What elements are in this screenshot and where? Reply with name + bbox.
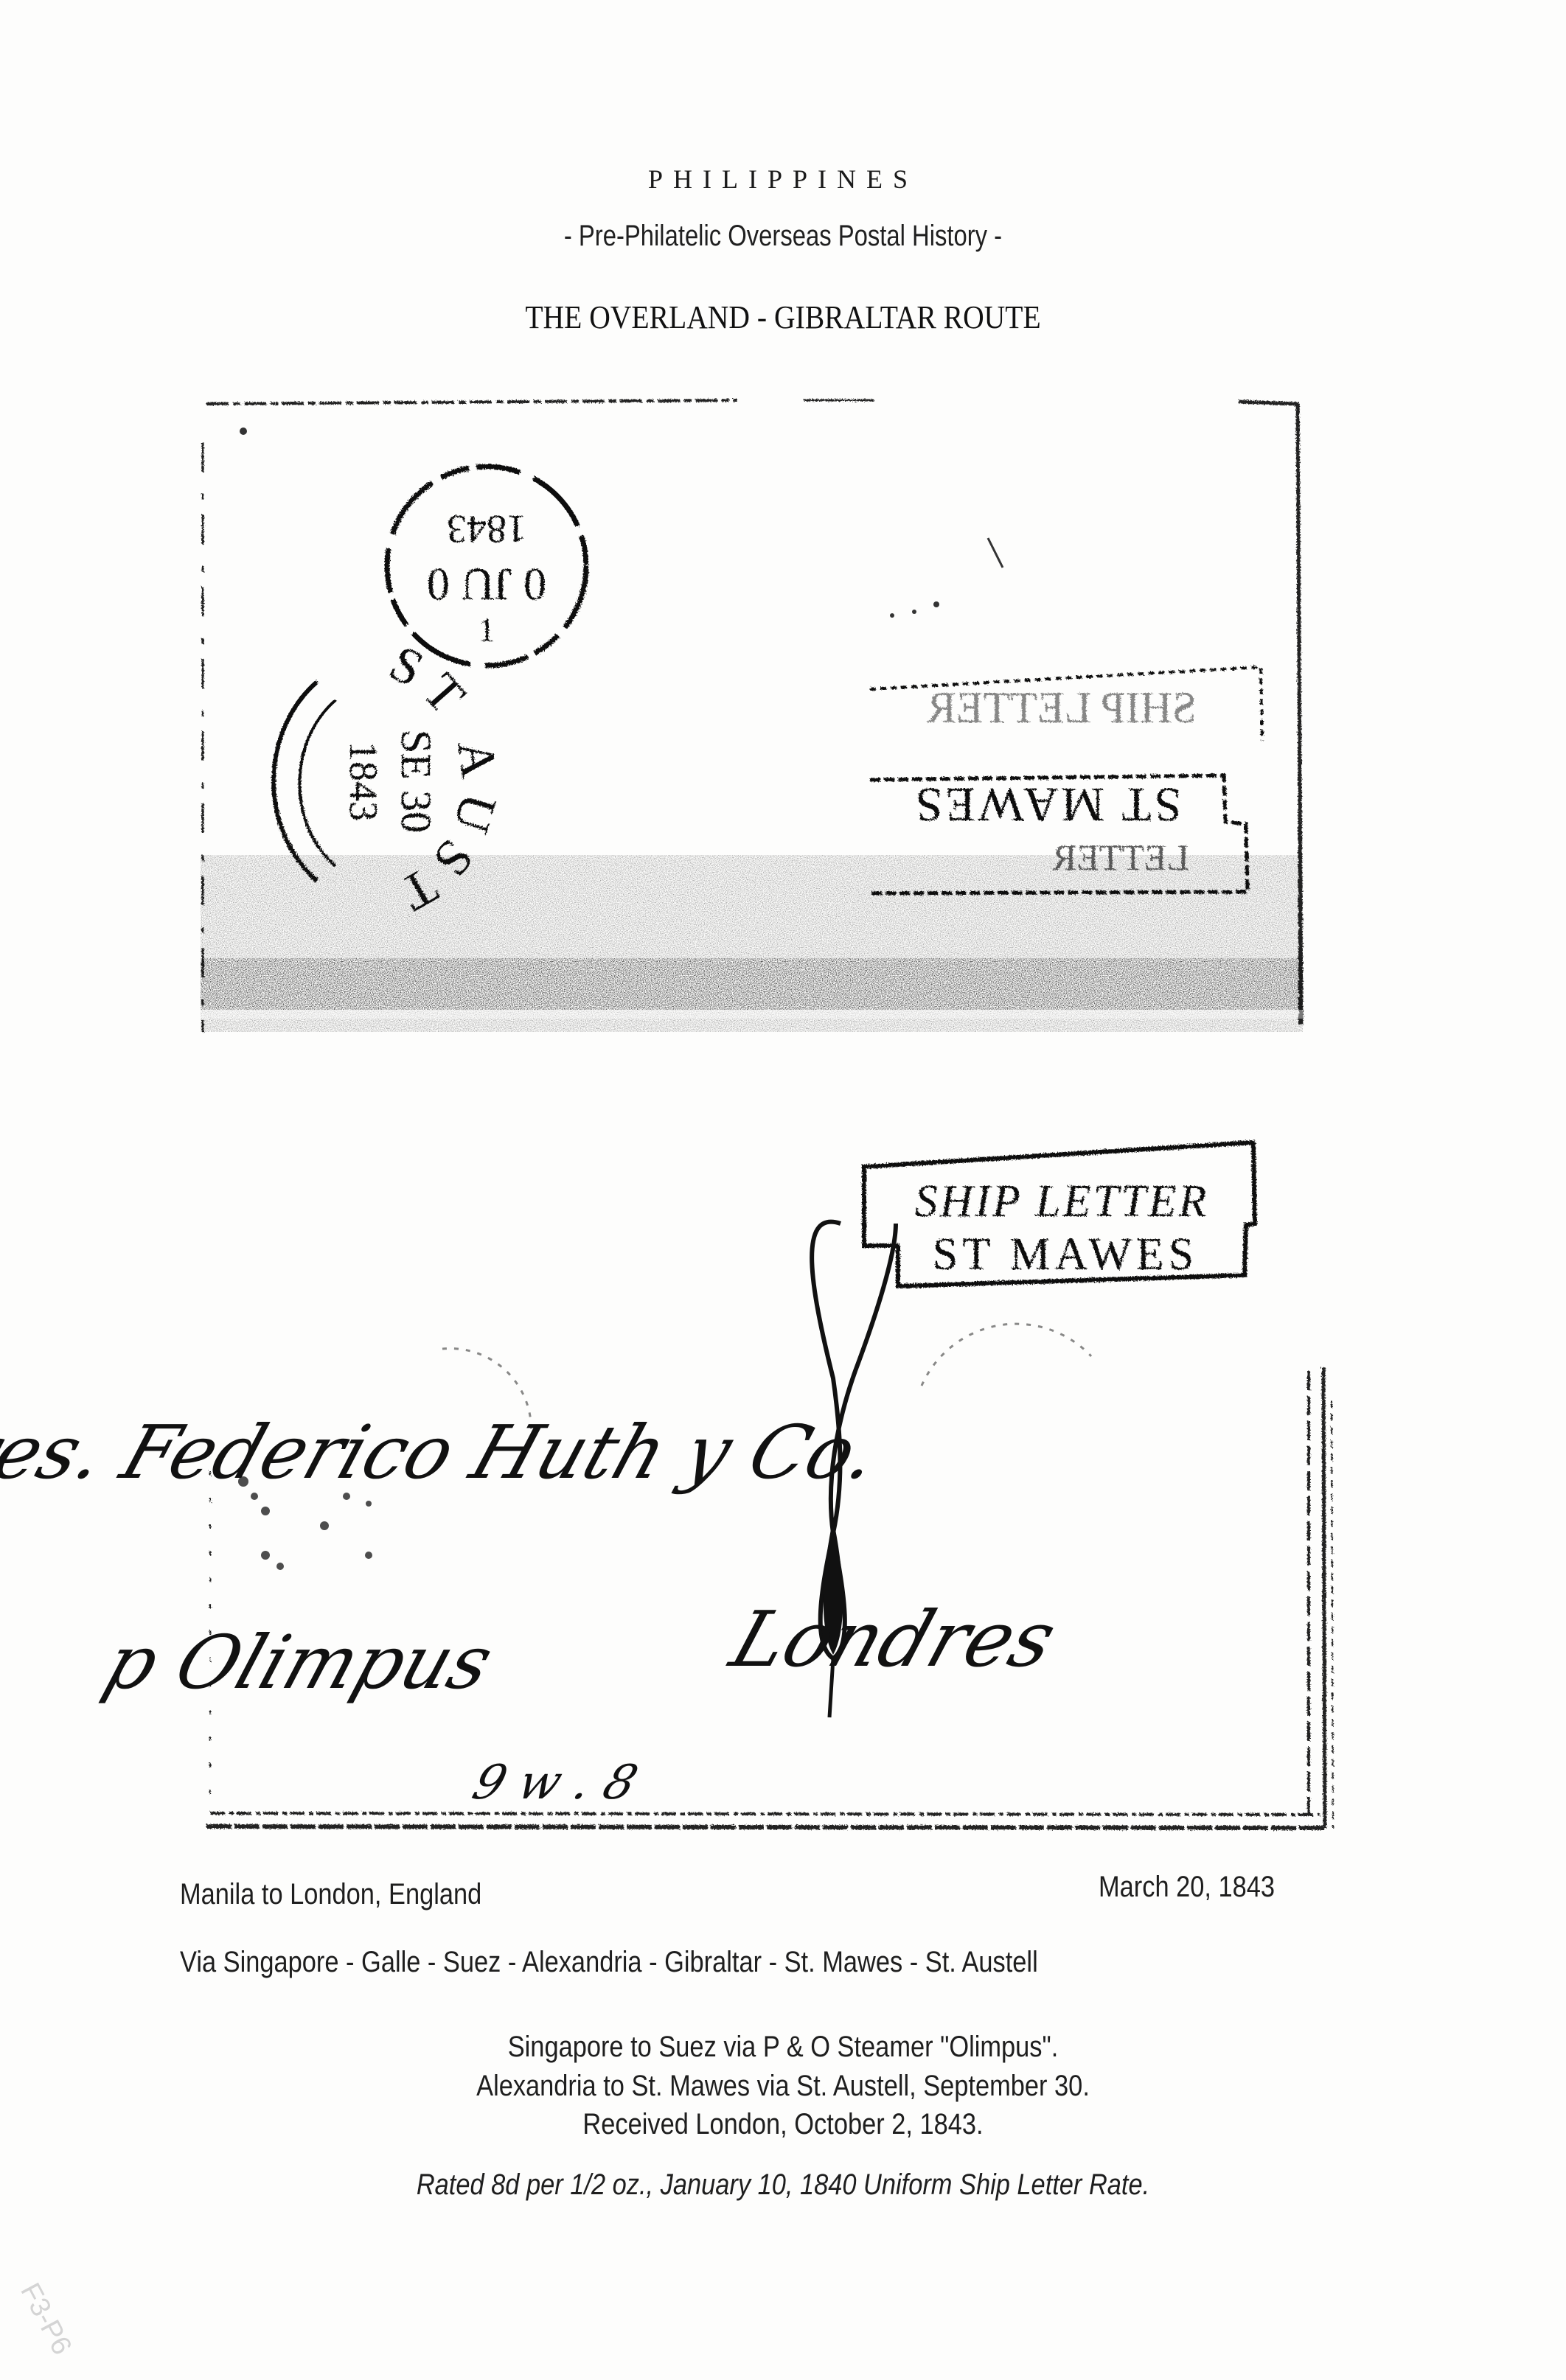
caption-route: Via Singapore - Galle - Suez - Alexandri… [180, 1946, 1038, 1979]
ship-handwriting: p Olimpus [94, 1620, 503, 1706]
ship-letter-st-mawes-handstamp: SHIP LETTER ST MAWES [864, 1142, 1255, 1286]
caption-line-3: Received London, October 2, 1843. [110, 2108, 1457, 2141]
caption-origin-destination: Manila to London, England [180, 1878, 481, 1911]
cover-back-panel: 1843 0 JU 0 1 ST AUSTELL SE 30 1843 ST M… [201, 337, 1303, 1032]
ship-letter-line2: ST MAWES [933, 1229, 1199, 1280]
ship-letter-line1: SHIP LETTER [915, 1176, 1209, 1226]
svg-text:ST MAWES: ST MAWES [913, 778, 1182, 831]
addressee-handwriting: Sres. Federico Huth y Co. [0, 1410, 889, 1496]
svg-text:1: 1 [478, 611, 495, 649]
svg-text:LETTER: LETTER [1051, 837, 1189, 878]
svg-text:1843: 1843 [447, 507, 526, 551]
st-austell-year: 1843 [341, 741, 386, 821]
caption-date: March 20, 1843 [1099, 1871, 1275, 1904]
svg-text:0 JU 0: 0 JU 0 [427, 559, 546, 609]
cover-scan-image: 1843 0 JU 0 1 ST AUSTELL SE 30 1843 ST M… [0, 0, 1566, 2380]
caption-rate-note: Rated 8d per 1/2 oz., January 10, 1840 U… [110, 2168, 1457, 2202]
london-circular-postmark: 1843 0 JU 0 1 [387, 467, 586, 666]
caption-line-2: Alexandria to St. Mawes via St. Austell,… [110, 2070, 1457, 2103]
st-austell-date: SE 30 [392, 730, 440, 833]
caption-line-1: Singapore to Suez via P & O Steamer "Oli… [110, 2031, 1457, 2064]
bottom-handwriting: 9 w . 8 [466, 1756, 644, 1810]
city-handwriting: Londres [719, 1595, 1066, 1684]
manuscript-address: Sres. Federico Huth y Co. Londres p Olim… [0, 1410, 1067, 1810]
svg-text:SHIP LETTER: SHIP LETTER [927, 683, 1197, 732]
